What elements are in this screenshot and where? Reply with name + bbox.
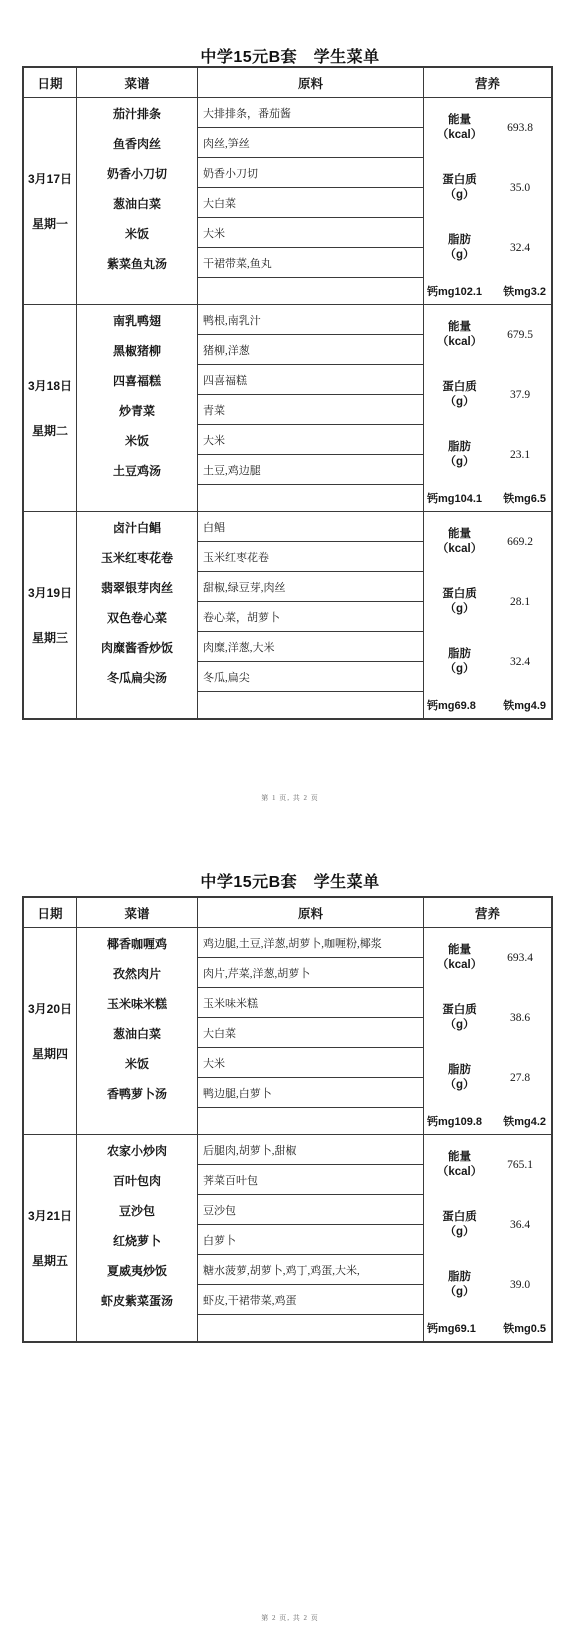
protein-name: 蛋白质	[424, 1210, 495, 1225]
dish-ingredients: 四喜福糕	[198, 365, 423, 395]
dish-ingredients: 土豆,鸡边腿	[198, 455, 423, 485]
day-block: 3月21日 星期五 农家小炒肉 百叶包肉 豆沙包 红烧萝卜 夏威夷炒饭 虾皮紫菜…	[24, 1135, 551, 1341]
day-ingredients-column: 大排排条，番茄酱 肉丝,笋丝 奶香小刀切 大白菜 大米 干裙带菜,鱼丸	[198, 98, 424, 304]
dish-ingredients: 卷心菜，胡萝卜	[198, 602, 423, 632]
dish-ingredients: 糖水菠萝,胡萝卜,鸡丁,鸡蛋,大米,	[198, 1255, 423, 1285]
minerals-row: 钙mg69.8 铁mg4.9	[424, 692, 551, 718]
dish-name: 玉米红枣花卷	[77, 542, 197, 572]
protein-unit: （g）	[424, 1018, 495, 1033]
day-ingredients-column: 后腿肉,胡萝卜,甜椒 荠菜百叶包 豆沙包 白萝卜 糖水菠萝,胡萝卜,鸡丁,鸡蛋,…	[198, 1135, 424, 1341]
dish-ingredients: 白鲳	[198, 512, 423, 542]
header-nutrition: 营养	[424, 68, 551, 97]
fat-block: 脂肪 （g） 23.1	[424, 425, 551, 485]
dish-name: 米饭	[77, 218, 197, 248]
energy-name: 能量	[424, 527, 495, 542]
day-date-cell: 3月17日 星期一	[24, 98, 77, 304]
energy-unit: （kcal）	[424, 1165, 495, 1180]
protein-label: 蛋白质 （g）	[424, 1210, 495, 1240]
day-list: 3月17日 星期一 茄汁排条 鱼香肉丝 奶香小刀切 葱油白菜 米饭 紫菜鱼丸汤 …	[24, 98, 551, 718]
iron-value: 铁mg6.5	[503, 490, 546, 506]
fat-unit: （g）	[424, 1078, 495, 1093]
dish-ingredients: 鸡边腿,土豆,洋葱,胡萝卜,咖喱粉,椰浆	[198, 928, 423, 958]
protein-unit: （g）	[424, 602, 495, 617]
dish-ingredients: 玉米味米糕	[198, 988, 423, 1018]
protein-block: 蛋白质 （g） 28.1	[424, 572, 551, 632]
dish-name: 百叶包肉	[77, 1165, 197, 1195]
protein-block: 蛋白质 （g） 38.6	[424, 988, 551, 1048]
fat-name: 脂肪	[424, 1063, 495, 1078]
energy-name: 能量	[424, 113, 495, 128]
day-nutrition-column: 能量 （kcal） 693.4 蛋白质 （g） 38.6 脂肪 （g） 27.8	[424, 928, 551, 1134]
weekday-text: 星期四	[32, 1045, 68, 1062]
dish-ingredients: 奶香小刀切	[198, 158, 423, 188]
protein-name: 蛋白质	[424, 1003, 495, 1018]
energy-unit: （kcal）	[424, 335, 495, 350]
energy-block: 能量 （kcal） 693.8	[424, 98, 551, 158]
energy-unit: （kcal）	[424, 542, 495, 557]
date-text: 3月18日	[28, 377, 72, 394]
minerals-row: 钙mg104.1 铁mg6.5	[424, 485, 551, 511]
day-date-cell: 3月19日 星期三	[24, 512, 77, 718]
day-ingredients-column: 鸭根,南乳汁 猪柳,洋葱 四喜福糕 青菜 大米 土豆,鸡边腿	[198, 305, 424, 511]
fat-label: 脂肪 （g）	[424, 647, 495, 677]
energy-value: 693.4	[495, 952, 551, 964]
fat-value: 32.4	[495, 656, 551, 668]
dish-ingredients: 大白菜	[198, 1018, 423, 1048]
dish-ingredients: 鸭边腿,白萝卜	[198, 1078, 423, 1108]
empty-ingredient-cell	[198, 692, 423, 718]
fat-label: 脂肪 （g）	[424, 1270, 495, 1300]
protein-value: 35.0	[495, 182, 551, 194]
day-ingredients-column: 鸡边腿,土豆,洋葱,胡萝卜,咖喱粉,椰浆 肉片,芹菜,洋葱,胡萝卜 玉米味米糕 …	[198, 928, 424, 1134]
iron-value: 铁mg3.2	[503, 283, 546, 299]
protein-block: 蛋白质 （g） 37.9	[424, 365, 551, 425]
protein-unit: （g）	[424, 1225, 495, 1240]
dish-ingredients: 肉丝,笋丝	[198, 128, 423, 158]
page-footer: 第 2 页, 共 2 页	[0, 1613, 580, 1623]
calcium-value: 钙mg109.8	[427, 1113, 482, 1129]
dish-name: 奶香小刀切	[77, 158, 197, 188]
dish-name: 红烧萝卜	[77, 1225, 197, 1255]
day-block: 3月19日 星期三 卤汁白鲳 玉米红枣花卷 翡翠银芽肉丝 双色卷心菜 肉糜酱香炒…	[24, 512, 551, 718]
minerals-row: 钙mg102.1 铁mg3.2	[424, 278, 551, 304]
fat-value: 39.0	[495, 1279, 551, 1291]
energy-label: 能量 （kcal）	[424, 527, 495, 557]
header-date: 日期	[24, 898, 77, 927]
day-list: 3月20日 星期四 椰香咖喱鸡 孜然肉片 玉米味米糕 葱油白菜 米饭 香鸭萝卜汤…	[24, 928, 551, 1341]
energy-block: 能量 （kcal） 679.5	[424, 305, 551, 365]
fat-label: 脂肪 （g）	[424, 233, 495, 263]
calcium-value: 钙mg69.8	[427, 697, 476, 713]
fat-value: 23.1	[495, 449, 551, 461]
protein-label: 蛋白质 （g）	[424, 380, 495, 410]
weekday-text: 星期一	[32, 215, 68, 232]
dish-name: 炒青菜	[77, 395, 197, 425]
header-menu: 菜谱	[77, 68, 198, 97]
day-menu-column: 卤汁白鲳 玉米红枣花卷 翡翠银芽肉丝 双色卷心菜 肉糜酱香炒饭 冬瓜扁尖汤	[77, 512, 198, 718]
date-text: 3月20日	[28, 1000, 72, 1017]
protein-value: 28.1	[495, 596, 551, 608]
energy-unit: （kcal）	[424, 128, 495, 143]
day-date-cell: 3月18日 星期二	[24, 305, 77, 511]
dish-name: 葱油白菜	[77, 1018, 197, 1048]
day-block: 3月18日 星期二 南乳鸭翅 黑椒猪柳 四喜福糕 炒青菜 米饭 土豆鸡汤 鸭根,…	[24, 305, 551, 512]
dish-ingredients: 大米	[198, 1048, 423, 1078]
date-text: 3月19日	[28, 584, 72, 601]
menu-table: 日期 菜谱 原料 营养 3月20日 星期四 椰香咖喱鸡 孜然肉片 玉米味米糕 葱…	[22, 896, 553, 1343]
dish-ingredients: 肉片,芹菜,洋葱,胡萝卜	[198, 958, 423, 988]
dish-ingredients: 豆沙包	[198, 1195, 423, 1225]
fat-label: 脂肪 （g）	[424, 1063, 495, 1093]
header-date: 日期	[24, 68, 77, 97]
empty-ingredient-cell	[198, 278, 423, 304]
fat-unit: （g）	[424, 662, 495, 677]
fat-unit: （g）	[424, 1285, 495, 1300]
dish-ingredients: 玉米红枣花卷	[198, 542, 423, 572]
menu-page-2: 中学15元B套 学生菜单 日期 菜谱 原料 营养 3月20日 星期四 椰香咖喱鸡…	[0, 820, 580, 1640]
protein-value: 36.4	[495, 1219, 551, 1231]
iron-value: 铁mg0.5	[503, 1320, 546, 1336]
energy-unit: （kcal）	[424, 958, 495, 973]
protein-block: 蛋白质 （g） 36.4	[424, 1195, 551, 1255]
fat-block: 脂肪 （g） 39.0	[424, 1255, 551, 1315]
dish-name: 虾皮紫菜蛋汤	[77, 1285, 197, 1315]
menu-table: 日期 菜谱 原料 营养 3月17日 星期一 茄汁排条 鱼香肉丝 奶香小刀切 葱油…	[22, 66, 553, 720]
energy-block: 能量 （kcal） 669.2	[424, 512, 551, 572]
fat-name: 脂肪	[424, 647, 495, 662]
dish-name: 豆沙包	[77, 1195, 197, 1225]
energy-label: 能量 （kcal）	[424, 113, 495, 143]
dish-name: 土豆鸡汤	[77, 455, 197, 485]
fat-value: 32.4	[495, 242, 551, 254]
dish-name: 冬瓜扁尖汤	[77, 662, 197, 692]
dish-name: 孜然肉片	[77, 958, 197, 988]
table-header-row: 日期 菜谱 原料 营养	[24, 68, 551, 98]
day-ingredients-column: 白鲳 玉米红枣花卷 甜椒,绿豆芽,肉丝 卷心菜，胡萝卜 肉糜,洋葱,大米 冬瓜,…	[198, 512, 424, 718]
weekday-text: 星期三	[32, 629, 68, 646]
protein-name: 蛋白质	[424, 380, 495, 395]
iron-value: 铁mg4.9	[503, 697, 546, 713]
dish-name: 葱油白菜	[77, 188, 197, 218]
dish-name: 米饭	[77, 1048, 197, 1078]
dish-ingredients: 冬瓜,扁尖	[198, 662, 423, 692]
energy-value: 679.5	[495, 329, 551, 341]
fat-value: 27.8	[495, 1072, 551, 1084]
dish-ingredients: 大排排条，番茄酱	[198, 98, 423, 128]
protein-value: 37.9	[495, 389, 551, 401]
protein-label: 蛋白质 （g）	[424, 1003, 495, 1033]
empty-ingredient-cell	[198, 1108, 423, 1134]
fat-unit: （g）	[424, 248, 495, 263]
dish-name: 黑椒猪柳	[77, 335, 197, 365]
dish-name: 米饭	[77, 425, 197, 455]
day-nutrition-column: 能量 （kcal） 679.5 蛋白质 （g） 37.9 脂肪 （g） 23.1	[424, 305, 551, 511]
table-header-row: 日期 菜谱 原料 营养	[24, 898, 551, 928]
header-ingredients: 原料	[198, 898, 424, 927]
dish-name: 夏威夷炒饭	[77, 1255, 197, 1285]
protein-unit: （g）	[424, 188, 495, 203]
page-footer: 第 1 页, 共 2 页	[0, 793, 580, 803]
dish-ingredients: 青菜	[198, 395, 423, 425]
day-nutrition-column: 能量 （kcal） 765.1 蛋白质 （g） 36.4 脂肪 （g） 39.0	[424, 1135, 551, 1341]
dish-name: 农家小炒肉	[77, 1135, 197, 1165]
energy-name: 能量	[424, 320, 495, 335]
empty-ingredient-cell	[198, 1315, 423, 1341]
day-date-cell: 3月21日 星期五	[24, 1135, 77, 1341]
dish-ingredients: 猪柳,洋葱	[198, 335, 423, 365]
fat-name: 脂肪	[424, 440, 495, 455]
day-menu-column: 椰香咖喱鸡 孜然肉片 玉米味米糕 葱油白菜 米饭 香鸭萝卜汤	[77, 928, 198, 1134]
fat-name: 脂肪	[424, 1270, 495, 1285]
page-title: 中学15元B套 学生菜单	[0, 869, 580, 892]
fat-block: 脂肪 （g） 32.4	[424, 632, 551, 692]
fat-block: 脂肪 （g） 32.4	[424, 218, 551, 278]
day-block: 3月17日 星期一 茄汁排条 鱼香肉丝 奶香小刀切 葱油白菜 米饭 紫菜鱼丸汤 …	[24, 98, 551, 305]
header-menu: 菜谱	[77, 898, 198, 927]
dish-ingredients: 虾皮,干裙带菜,鸡蛋	[198, 1285, 423, 1315]
energy-label: 能量 （kcal）	[424, 320, 495, 350]
dish-ingredients: 大米	[198, 218, 423, 248]
dish-ingredients: 干裙带菜,鱼丸	[198, 248, 423, 278]
dish-ingredients: 荠菜百叶包	[198, 1165, 423, 1195]
dish-name: 椰香咖喱鸡	[77, 928, 197, 958]
date-text: 3月17日	[28, 170, 72, 187]
energy-value: 693.8	[495, 122, 551, 134]
minerals-row: 钙mg109.8 铁mg4.2	[424, 1108, 551, 1134]
dish-name: 茄汁排条	[77, 98, 197, 128]
energy-label: 能量 （kcal）	[424, 1150, 495, 1180]
weekday-text: 星期二	[32, 422, 68, 439]
page-title: 中学15元B套 学生菜单	[0, 44, 580, 67]
energy-name: 能量	[424, 1150, 495, 1165]
protein-block: 蛋白质 （g） 35.0	[424, 158, 551, 218]
energy-value: 669.2	[495, 536, 551, 548]
energy-name: 能量	[424, 943, 495, 958]
protein-label: 蛋白质 （g）	[424, 587, 495, 617]
weekday-text: 星期五	[32, 1252, 68, 1269]
day-nutrition-column: 能量 （kcal） 669.2 蛋白质 （g） 28.1 脂肪 （g） 32.4	[424, 512, 551, 718]
dish-ingredients: 甜椒,绿豆芽,肉丝	[198, 572, 423, 602]
header-ingredients: 原料	[198, 68, 424, 97]
menu-page-1: 中学15元B套 学生菜单 日期 菜谱 原料 营养 3月17日 星期一 茄汁排条 …	[0, 0, 580, 820]
iron-value: 铁mg4.2	[503, 1113, 546, 1129]
dish-name: 紫菜鱼丸汤	[77, 248, 197, 278]
dish-ingredients: 鸭根,南乳汁	[198, 305, 423, 335]
dish-name: 玉米味米糕	[77, 988, 197, 1018]
day-menu-column: 南乳鸭翅 黑椒猪柳 四喜福糕 炒青菜 米饭 土豆鸡汤	[77, 305, 198, 511]
dish-name: 南乳鸭翅	[77, 305, 197, 335]
minerals-row: 钙mg69.1 铁mg0.5	[424, 1315, 551, 1341]
energy-label: 能量 （kcal）	[424, 943, 495, 973]
dish-name: 翡翠银芽肉丝	[77, 572, 197, 602]
fat-name: 脂肪	[424, 233, 495, 248]
dish-ingredients: 肉糜,洋葱,大米	[198, 632, 423, 662]
day-menu-column: 茄汁排条 鱼香肉丝 奶香小刀切 葱油白菜 米饭 紫菜鱼丸汤	[77, 98, 198, 304]
calcium-value: 钙mg104.1	[427, 490, 482, 506]
calcium-value: 钙mg102.1	[427, 283, 482, 299]
day-date-cell: 3月20日 星期四	[24, 928, 77, 1134]
fat-unit: （g）	[424, 455, 495, 470]
fat-block: 脂肪 （g） 27.8	[424, 1048, 551, 1108]
dish-name: 卤汁白鲳	[77, 512, 197, 542]
dish-name: 鱼香肉丝	[77, 128, 197, 158]
dish-name: 四喜福糕	[77, 365, 197, 395]
date-text: 3月21日	[28, 1207, 72, 1224]
calcium-value: 钙mg69.1	[427, 1320, 476, 1336]
energy-value: 765.1	[495, 1159, 551, 1171]
dish-ingredients: 大白菜	[198, 188, 423, 218]
day-menu-column: 农家小炒肉 百叶包肉 豆沙包 红烧萝卜 夏威夷炒饭 虾皮紫菜蛋汤	[77, 1135, 198, 1341]
dish-name: 香鸭萝卜汤	[77, 1078, 197, 1108]
header-nutrition: 营养	[424, 898, 551, 927]
energy-block: 能量 （kcal） 765.1	[424, 1135, 551, 1195]
fat-label: 脂肪 （g）	[424, 440, 495, 470]
dish-ingredients: 大米	[198, 425, 423, 455]
protein-name: 蛋白质	[424, 587, 495, 602]
protein-name: 蛋白质	[424, 173, 495, 188]
protein-unit: （g）	[424, 395, 495, 410]
protein-value: 38.6	[495, 1012, 551, 1024]
dish-ingredients: 后腿肉,胡萝卜,甜椒	[198, 1135, 423, 1165]
dish-name: 双色卷心菜	[77, 602, 197, 632]
day-nutrition-column: 能量 （kcal） 693.8 蛋白质 （g） 35.0 脂肪 （g） 32.4	[424, 98, 551, 304]
dish-ingredients: 白萝卜	[198, 1225, 423, 1255]
day-block: 3月20日 星期四 椰香咖喱鸡 孜然肉片 玉米味米糕 葱油白菜 米饭 香鸭萝卜汤…	[24, 928, 551, 1135]
protein-label: 蛋白质 （g）	[424, 173, 495, 203]
energy-block: 能量 （kcal） 693.4	[424, 928, 551, 988]
dish-name: 肉糜酱香炒饭	[77, 632, 197, 662]
empty-ingredient-cell	[198, 485, 423, 511]
